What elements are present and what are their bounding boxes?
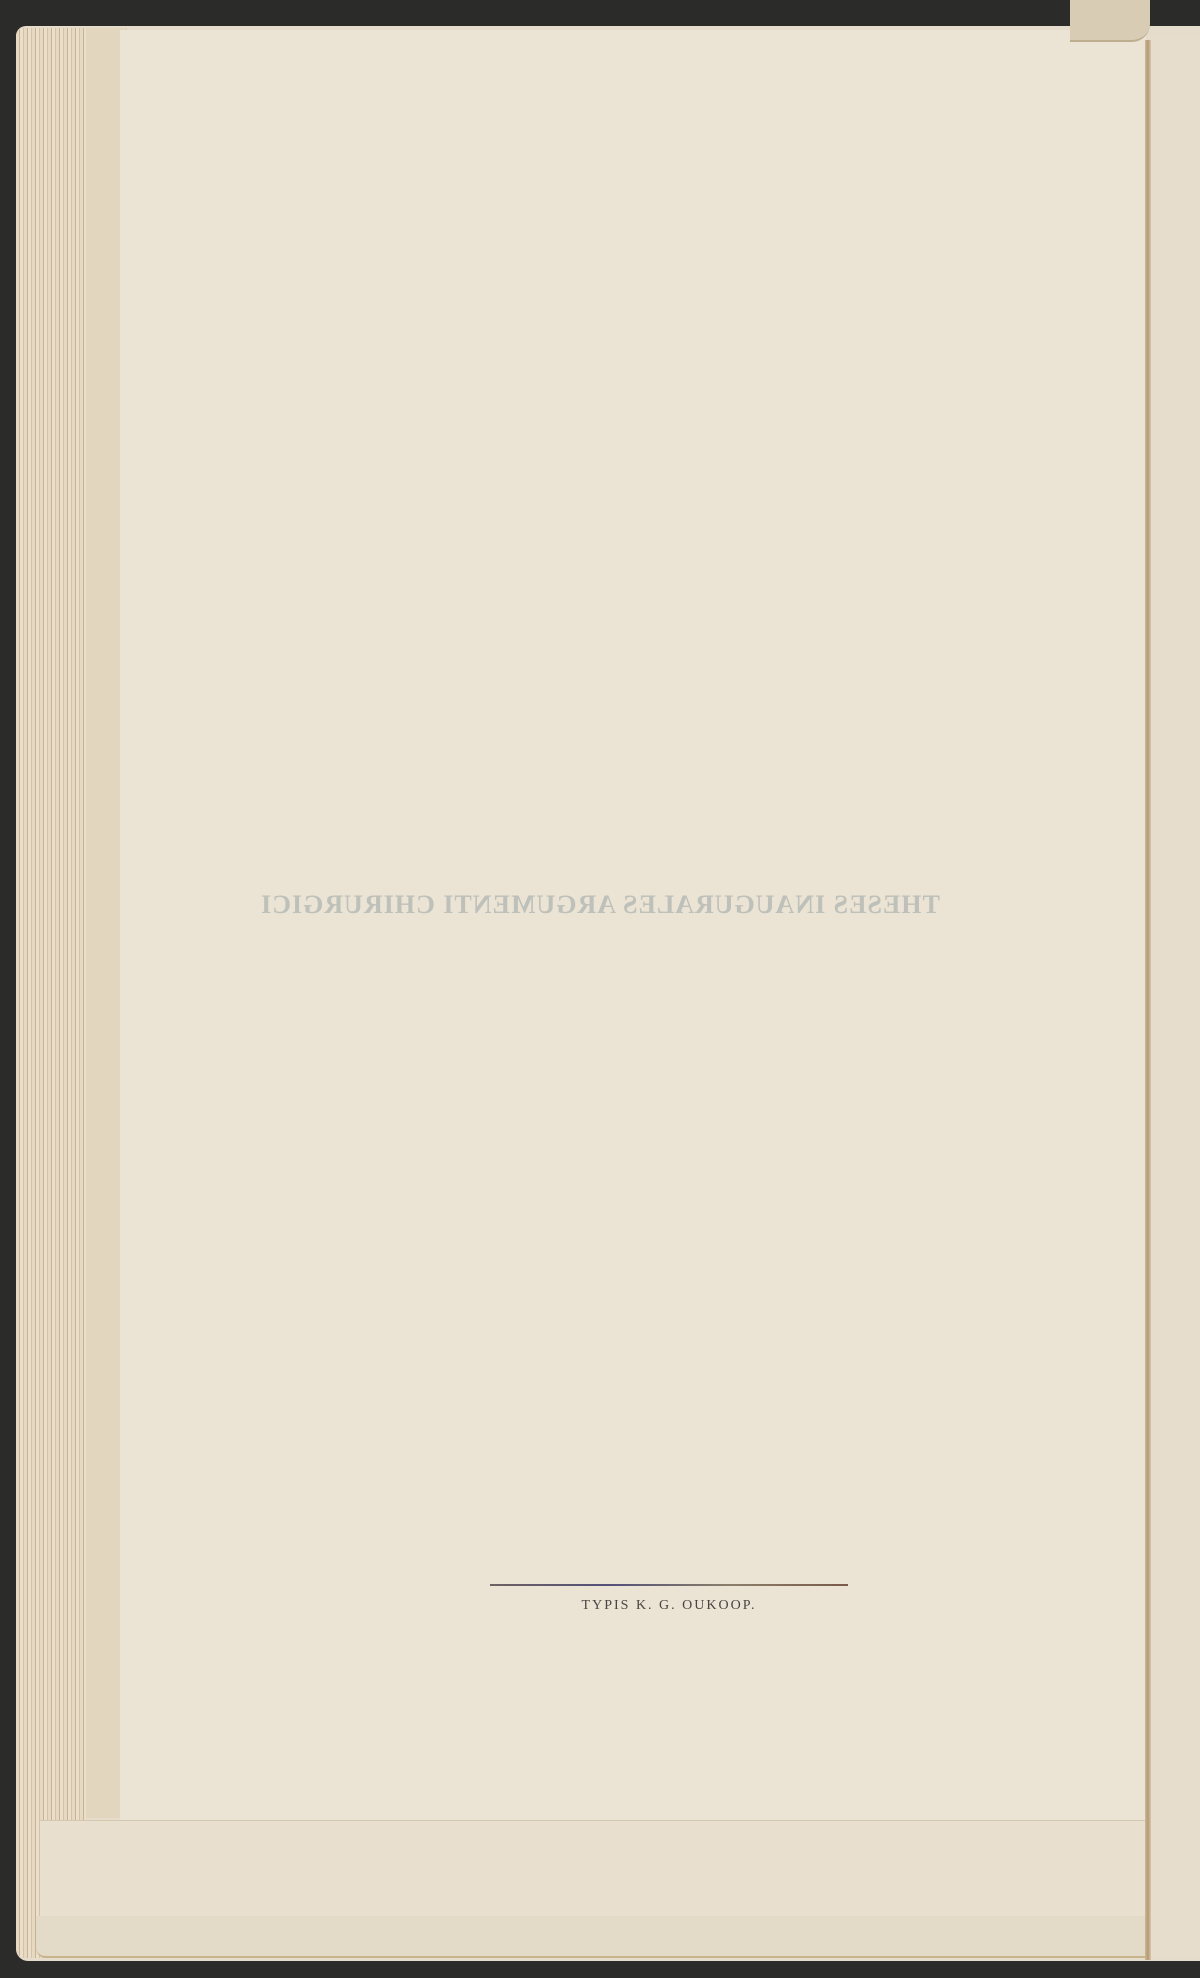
- bleed-through-title: THESES INAUGURALES ARGUMENTI CHIRURGICI: [0, 890, 1200, 920]
- page-bottom-edge: [40, 1820, 1146, 1917]
- imprint-text: TYPIS K. G. OUKOOP.: [490, 1598, 848, 1614]
- opposite-page: [1151, 36, 1200, 1956]
- page-curl: [1070, 0, 1150, 42]
- page: [120, 30, 1146, 1820]
- page-edges: [16, 28, 86, 1958]
- page-bottom-edge-lower: [36, 1916, 1146, 1958]
- imprint-rule: [490, 1584, 848, 1586]
